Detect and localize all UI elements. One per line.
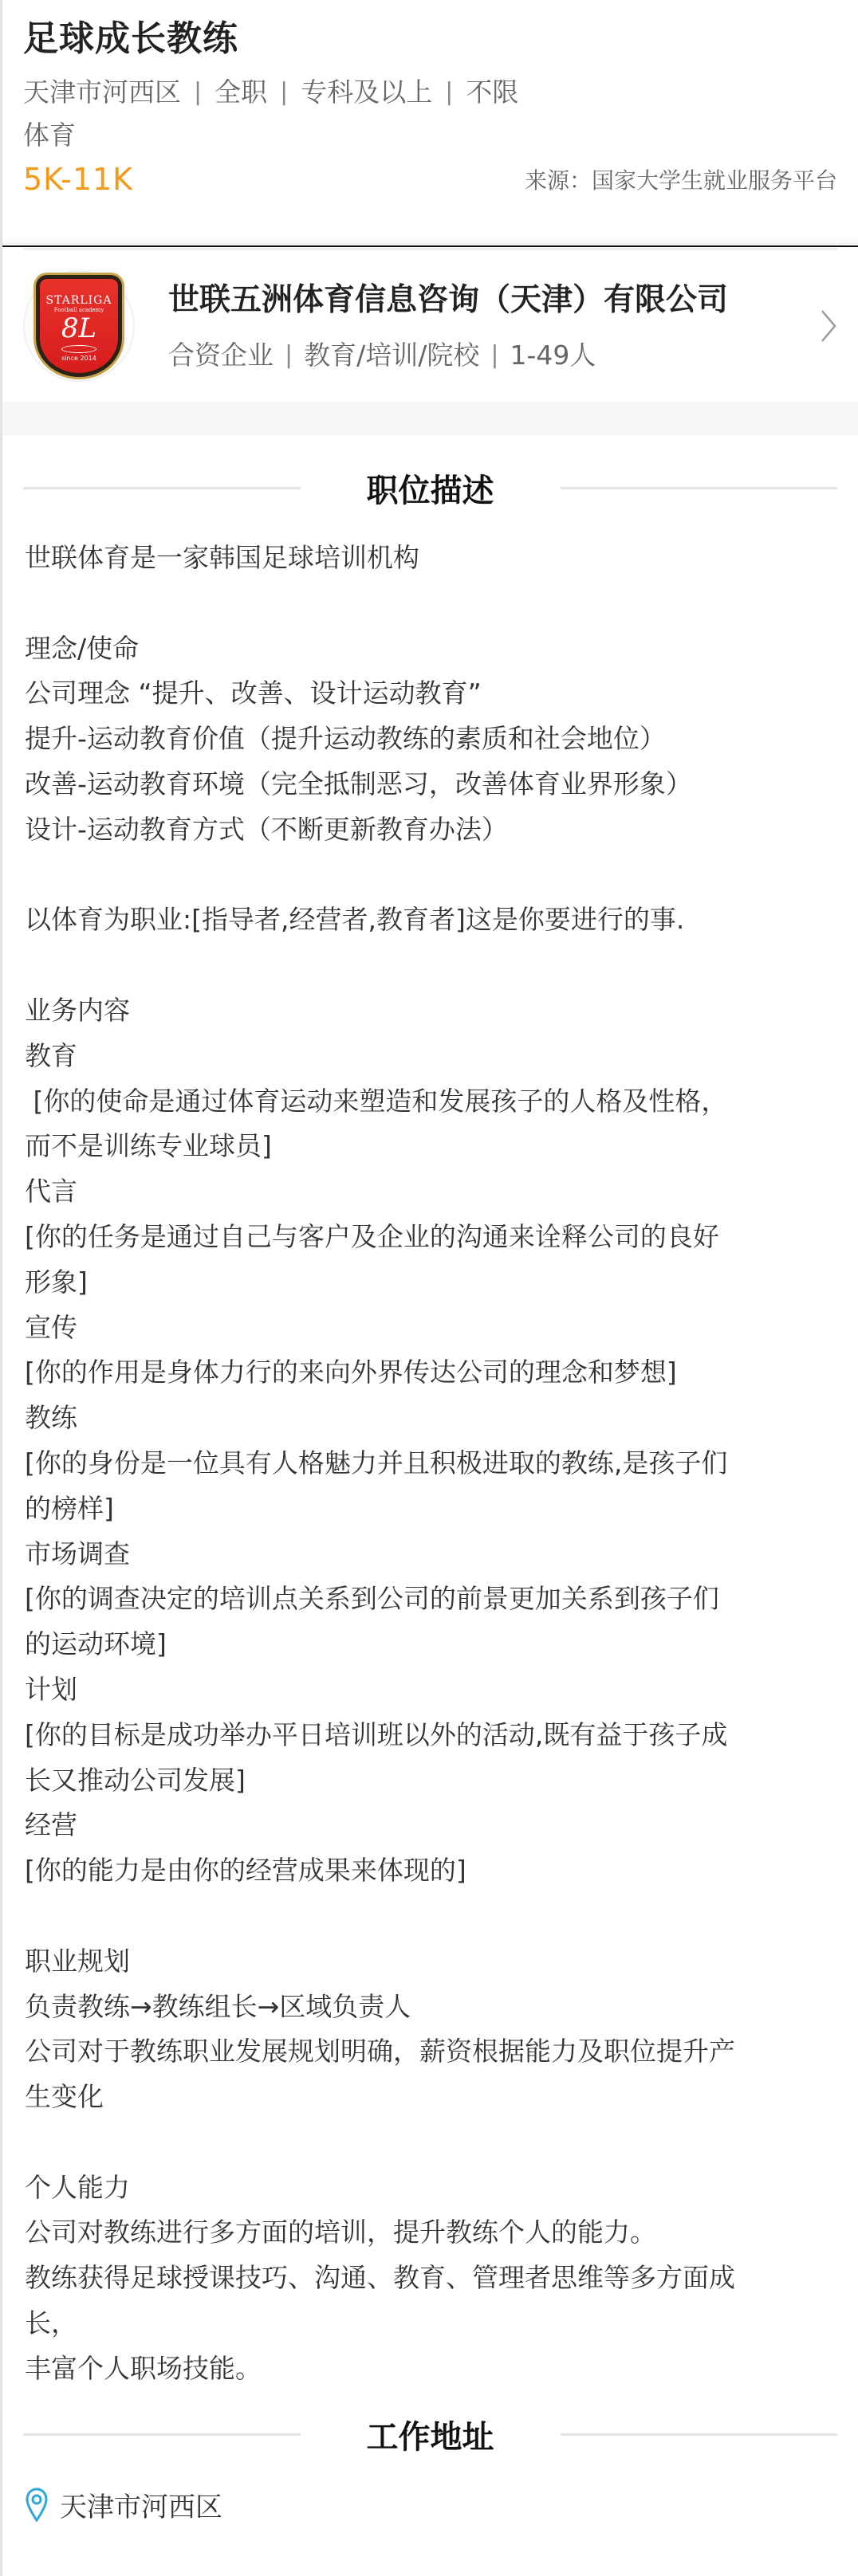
company-size: 1-49人 [510, 337, 596, 374]
job-meta-row: 天津市河西区 | 全职 | 专科及以上 | 不限 [23, 73, 837, 112]
description-line [25, 943, 842, 988]
source-label: 来源：国家大学生就业服务平台 [525, 163, 837, 195]
description-line: 生变化 [25, 2075, 842, 2120]
description-line: 负责教练→教练组长→区域负责人 [25, 1985, 842, 2030]
address-text: 天津市河西区 [60, 2485, 222, 2524]
description-line: 长又推动公司发展] [25, 1758, 842, 1804]
job-detail-page: 足球成长教练 天津市河西区 | 全职 | 专科及以上 | 不限 体育 5K-11… [2, 0, 858, 247]
description-line: 形象] [25, 1260, 842, 1306]
description-line: 教练获得足球授课技巧、沟通、教育、管理者思维等多方面成 [25, 2256, 842, 2301]
separator: | [280, 73, 288, 112]
description-line: 代言 [25, 1169, 842, 1215]
description-line: 公司对于教练职业发展规划明确，薪资根据能力及职位提升产 [25, 2029, 842, 2075]
section-title-address: 工作地址 [23, 2410, 837, 2458]
section-title-text: 职位描述 [301, 465, 561, 511]
description-line: [你的任务是通过自己与客户及企业的沟通来诠释公司的良好 [25, 1215, 842, 1260]
company-card[interactable]: STARLIGA Football academy 8L since 2014 … [2, 250, 858, 402]
logo-brand: STARLIGA [46, 294, 112, 307]
description-line: 丰富个人职场技能。 [25, 2346, 842, 2392]
job-description: 世联体育是一家韩国足球培训机构理念/使命公司理念 “提升、改善、设计运动教育”提… [25, 536, 842, 2392]
description-line: [你的目标是成功举办平日培训班以外的活动,既有益于孩子成 [25, 1713, 842, 1758]
description-line: 计划 [25, 1667, 842, 1713]
shield-logo-icon: STARLIGA Football academy 8L since 2014 [36, 275, 122, 377]
description-line: 设计-运动教育方式（不断更新教育办法） [25, 807, 842, 853]
bottom-edge [2, 245, 858, 247]
description-line: [你的身份是一位具有人格魅力并且积极进取的教练,是孩子们 [25, 1441, 842, 1486]
title-line-left [23, 2433, 301, 2436]
company-logo: STARLIGA Football academy 8L since 2014 [23, 270, 135, 382]
title-line-left [23, 487, 301, 489]
salary: 5K-11K [23, 162, 133, 197]
description-line: 个人能力 [25, 2166, 842, 2211]
separator: | [285, 337, 293, 374]
description-line: 的榜样] [25, 1486, 842, 1532]
title-line-right [561, 487, 838, 489]
description-line: 教育 [25, 1034, 842, 1079]
separator: | [194, 73, 202, 112]
description-line [25, 2120, 842, 2166]
description-line: [你的调查决定的培训点关系到公司的前景更加关系到孩子们 [25, 1577, 842, 1622]
description-line: 以体育为职业:[指导者,经营者,教育者]这是你要进行的事. [25, 897, 842, 943]
work-address[interactable]: 天津市河西区 [25, 2485, 222, 2524]
description-line: 宣传 [25, 1306, 842, 1351]
description-line: [你的作用是身体力行的来向外界传达公司的理念和梦想] [25, 1350, 842, 1396]
company-name: 世联五洲体育信息咨询（天津）有限公司 [168, 278, 805, 323]
description-line: 职业规划 [25, 1939, 842, 1985]
description-line: 长， [25, 2301, 842, 2346]
logo-mark: 8L [61, 313, 96, 344]
chevron-right-icon[interactable] [805, 302, 837, 350]
description-line: 业务内容 [25, 988, 842, 1034]
job-major: 体育 [23, 116, 837, 155]
description-line [25, 1894, 842, 1939]
description-line: 的运动环境] [25, 1622, 842, 1667]
logo-oval [61, 345, 96, 353]
company-industry: 教育/培训/院校 [304, 337, 479, 374]
logo-since: since 2014 [61, 355, 96, 362]
description-line: 教练 [25, 1396, 842, 1441]
description-line: [你的能力是由你的经营成果来体现的] [25, 1848, 842, 1894]
description-line: 提升-运动教育价值（提升运动教练的素质和社会地位） [25, 717, 842, 762]
separator: | [445, 73, 453, 112]
bottom-shadow [2, 236, 858, 245]
section-title-text: 工作地址 [301, 2412, 561, 2457]
description-line: 公司对教练进行多方面的培训，提升教练个人的能力。 [25, 2210, 842, 2256]
job-education: 专科及以上 [301, 73, 432, 112]
title-line-right [561, 2433, 838, 2436]
salary-row: 5K-11K 来源：国家大学生就业服务平台 [23, 159, 837, 199]
company-type: 合资企业 [168, 337, 274, 374]
company-meta-row: 合资企业 | 教育/培训/院校 | 1-49人 [168, 337, 805, 374]
description-line: 公司理念 “提升、改善、设计运动教育” [25, 671, 842, 717]
section-gap [2, 402, 858, 435]
description-line: 市场调查 [25, 1532, 842, 1577]
description-line: 而不是训练专业球员] [25, 1124, 842, 1169]
location-pin-icon [25, 2487, 49, 2523]
job-type: 全职 [214, 73, 267, 112]
description-line: 理念/使命 [25, 626, 842, 672]
section-title-description: 职位描述 [23, 464, 837, 512]
description-line: 经营 [25, 1803, 842, 1848]
separator: | [490, 337, 498, 374]
job-title: 足球成长教练 [23, 14, 837, 64]
description-line: 改善-运动教育环境（完全抵制恶习，改善体育业界形象） [25, 762, 842, 807]
job-header: 足球成长教练 天津市河西区 | 全职 | 专科及以上 | 不限 体育 5K-11… [2, 0, 858, 247]
description-line: 世联体育是一家韩国足球培训机构 [25, 536, 842, 581]
description-line [25, 581, 842, 626]
description-line: [你的使命是通过体育运动来塑造和发展孩子的人格及性格， [25, 1079, 842, 1125]
job-location: 天津市河西区 [23, 73, 181, 112]
job-experience: 不限 [466, 73, 518, 112]
description-line [25, 853, 842, 898]
company-info: 世联五洲体育信息咨询（天津）有限公司 合资企业 | 教育/培训/院校 | 1-4… [168, 278, 805, 374]
